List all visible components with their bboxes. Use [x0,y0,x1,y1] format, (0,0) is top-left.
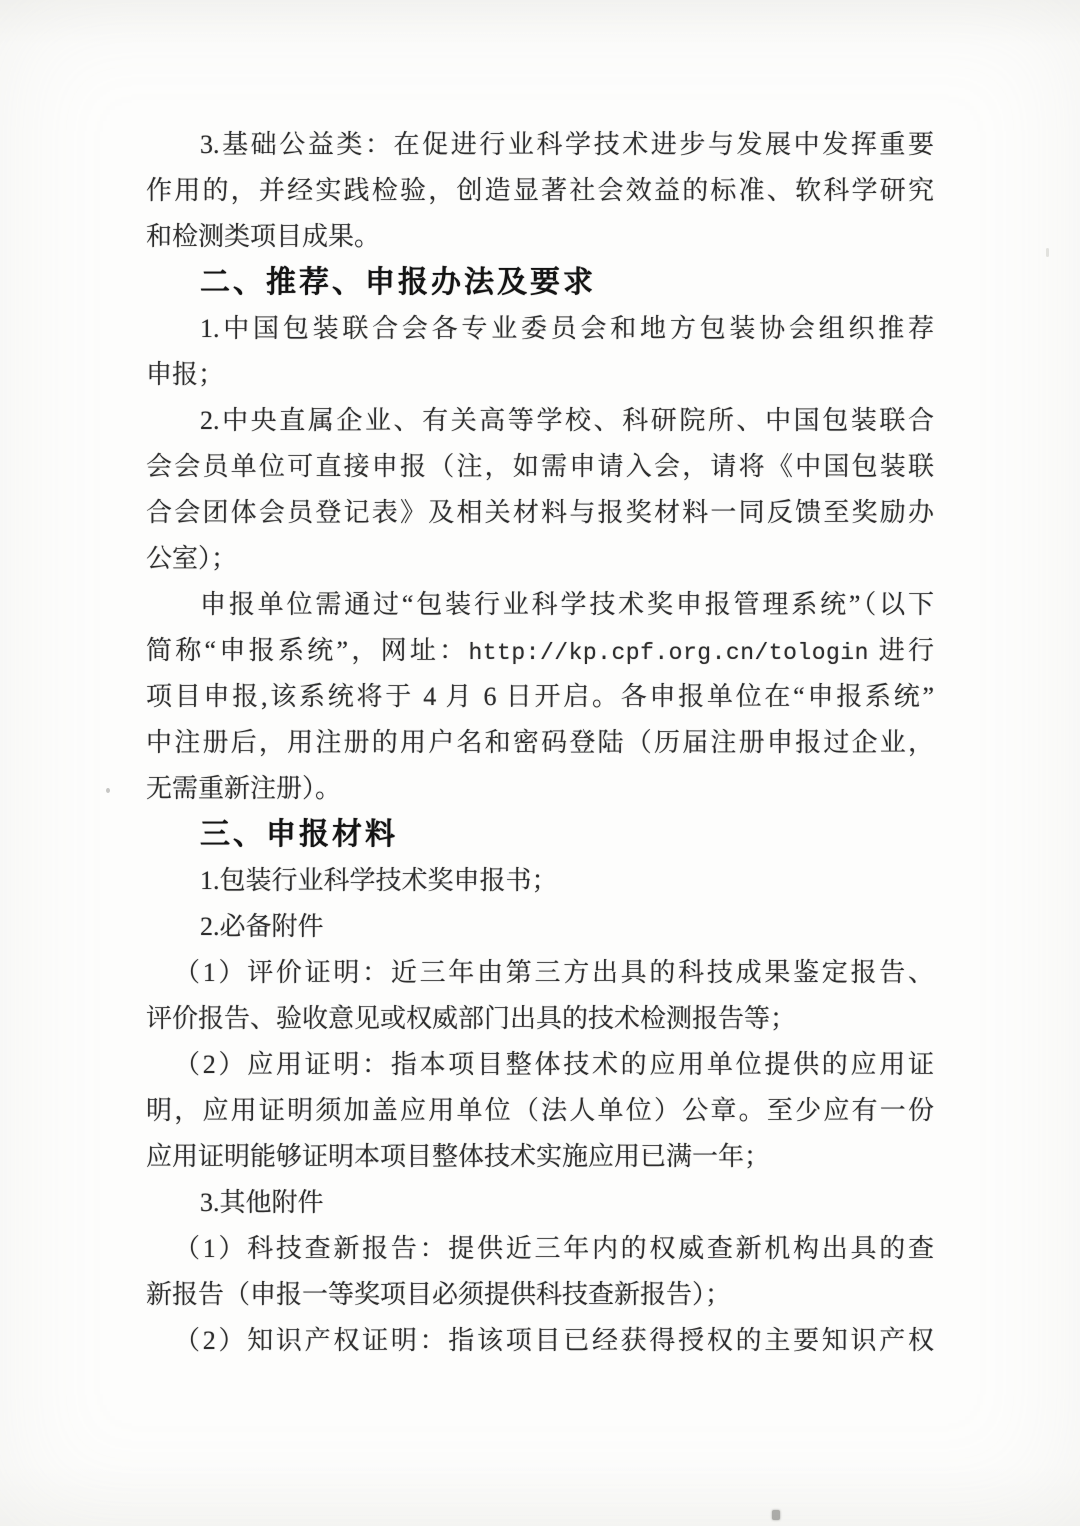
text-line: 无需重新注册）。 [146,766,934,812]
text-line: 明，应用证明须加盖应用单位（法人单位）公章。至少应有一份 [146,1088,934,1134]
text-line: 应用证明能够证明本项目整体技术实施应用已满一年； [146,1134,934,1180]
text-line: 新报告（申报一等奖项目必须提供科技查新报告）； [146,1272,934,1318]
document-content: 3.基础公益类：在促进行业科学技术进步与发展中发挥重要 作用的，并经实践检验，创… [146,122,934,1364]
scan-speck [772,1510,780,1520]
text-line: 会会员单位可直接申报（注，如需申请入会，请将《中国包装联 [146,444,934,490]
document-page: 3.基础公益类：在促进行业科学技术进步与发展中发挥重要 作用的，并经实践检验，创… [0,0,1080,1526]
scan-speck [1046,248,1049,257]
text-line: 申报； [146,352,934,398]
text-line: （1）评价证明：近三年由第三方出具的科技成果鉴定报告、 [146,950,934,996]
text-line: 公室）； [146,536,934,582]
url-text: http://kp.cpf.org.cn/tologin [468,640,868,666]
scan-speck [106,788,110,793]
text-line: 合会团体会员登记表》及相关材料与报奖材料一同反馈至奖励办 [146,490,934,536]
text-line: 3.基础公益类：在促进行业科学技术进步与发展中发挥重要 [146,122,934,168]
text-segment: 简称“申报系统”，网址： [146,636,468,665]
text-line: 2.必备附件 [146,904,934,950]
text-line: 中注册后，用注册的用户名和密码登陆（历届注册申报过企业， [146,720,934,766]
text-line: 评价报告、验收意见或权威部门出具的技术检测报告等； [146,996,934,1042]
text-line: 简称“申报系统”，网址：http://kp.cpf.org.cn/tologin… [146,628,934,674]
text-line: 3.其他附件 [146,1180,934,1226]
text-line: 项目申报,该系统将于 4 月 6 日开启。各申报单位在“申报系统” [146,674,934,720]
text-line: 和检测类项目成果。 [146,214,934,260]
text-line: 申报单位需通过“包装行业科学技术奖申报管理系统”（以下 [146,582,934,628]
text-line: 作用的，并经实践检验，创造显著社会效益的标准、软科学研究 [146,168,934,214]
text-line: 1.中国包装联合会各专业委员会和地方包装协会组织推荐 [146,306,934,352]
section-heading: 三、申报材料 [146,812,934,858]
text-line: （1）科技查新报告：提供近三年内的权威查新机构出具的查 [146,1226,934,1272]
text-line: （2）应用证明：指本项目整体技术的应用单位提供的应用证 [146,1042,934,1088]
section-heading: 二、推荐、申报办法及要求 [146,260,934,306]
text-segment: 进行 [869,636,934,665]
text-line: 1.包装行业科学技术奖申报书； [146,858,934,904]
text-line: 2.中央直属企业、有关高等学校、科研院所、中国包装联合 [146,398,934,444]
text-line: （2）知识产权证明：指该项目已经获得授权的主要知识产权 [146,1318,934,1364]
